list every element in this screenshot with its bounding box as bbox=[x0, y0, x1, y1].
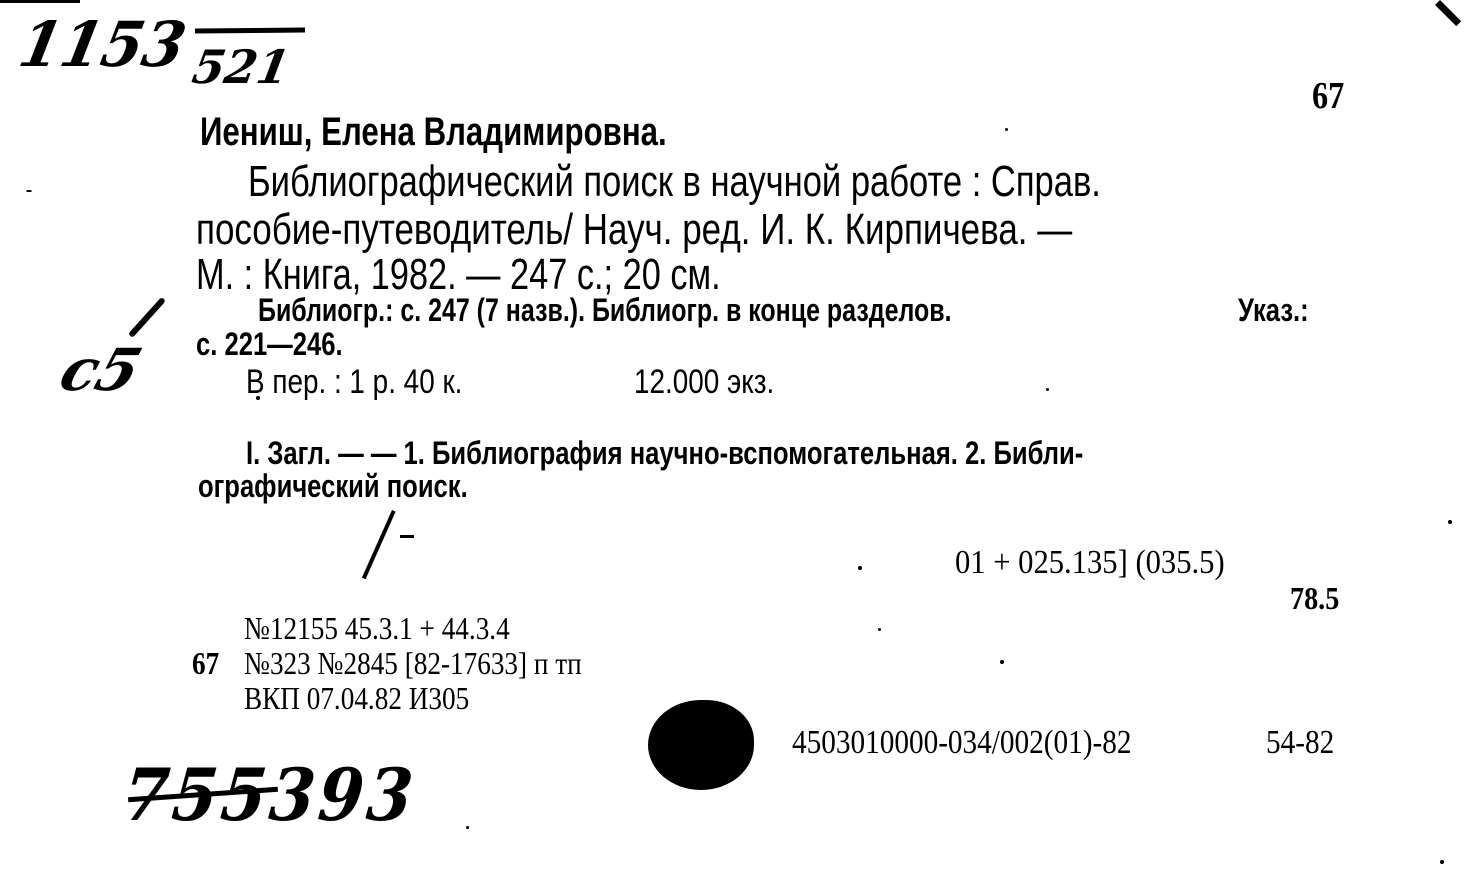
title-line-2: пособие-путеводитель/ Науч. ред. И. К. К… bbox=[196, 205, 1072, 255]
speck bbox=[466, 826, 469, 829]
corner-mark bbox=[1435, 0, 1461, 26]
handwritten-call-number-bottom: 521 bbox=[188, 40, 294, 94]
speck bbox=[26, 190, 32, 192]
tracings-line-1: I. Загл. — — 1. Библиография научно-вспо… bbox=[246, 435, 1083, 472]
binding-price: В пер. : 1 р. 40 к. bbox=[246, 363, 462, 402]
speck bbox=[256, 396, 260, 400]
title-line-1: Библиографический поиск в научной работе… bbox=[248, 157, 1101, 207]
service-line-1: №12155 45.3.1 + 44.3.4 bbox=[244, 610, 510, 647]
print-run: 12.000 экз. bbox=[634, 363, 774, 402]
card-number: 67 bbox=[1312, 74, 1344, 118]
speck bbox=[878, 628, 881, 631]
mark-stroke bbox=[128, 297, 166, 338]
speck bbox=[1046, 388, 1049, 391]
catalog-card: 1153 521 67 Иениш, Елена Владимировна. Б… bbox=[0, 0, 1466, 874]
handwritten-call-number-top: 1153 bbox=[13, 8, 192, 81]
speck bbox=[1000, 660, 1004, 664]
service-line-3: ВКП 07.04.82 И305 bbox=[244, 680, 469, 717]
speck bbox=[1005, 128, 1008, 131]
top-edge-mark bbox=[0, 0, 80, 3]
speck bbox=[1448, 520, 1452, 524]
handwritten-mark-left: c5 bbox=[52, 336, 150, 404]
notes-line-1: Библиогр.: с. 247 (7 назв.). Библиогр. в… bbox=[258, 292, 952, 329]
service-line-2: №323 №2845 [82-17633] п тп bbox=[244, 645, 582, 682]
punch-hole bbox=[648, 700, 754, 790]
notes-line-2: с. 221—246. bbox=[196, 326, 343, 363]
author-heading: Иениш, Елена Владимировна. bbox=[200, 110, 667, 155]
speck bbox=[858, 566, 862, 570]
notes-index-label: Указ.: bbox=[1238, 292, 1309, 329]
call-number-fraction-bar bbox=[195, 28, 305, 34]
service-prefix: 67 bbox=[192, 645, 219, 682]
bbk-index: 78.5 bbox=[1290, 580, 1339, 617]
handwritten-tick-cross bbox=[400, 535, 414, 538]
udc-index: 01 + 025.135] (035.5) bbox=[955, 544, 1225, 582]
handwritten-tick-mark bbox=[362, 510, 396, 579]
tracings-line-2: ографический поиск. bbox=[198, 468, 468, 505]
isbn-code: 4503010000-034/002(01)-82 bbox=[792, 724, 1131, 762]
speck bbox=[1440, 860, 1444, 864]
order-code: 54-82 bbox=[1266, 724, 1334, 762]
